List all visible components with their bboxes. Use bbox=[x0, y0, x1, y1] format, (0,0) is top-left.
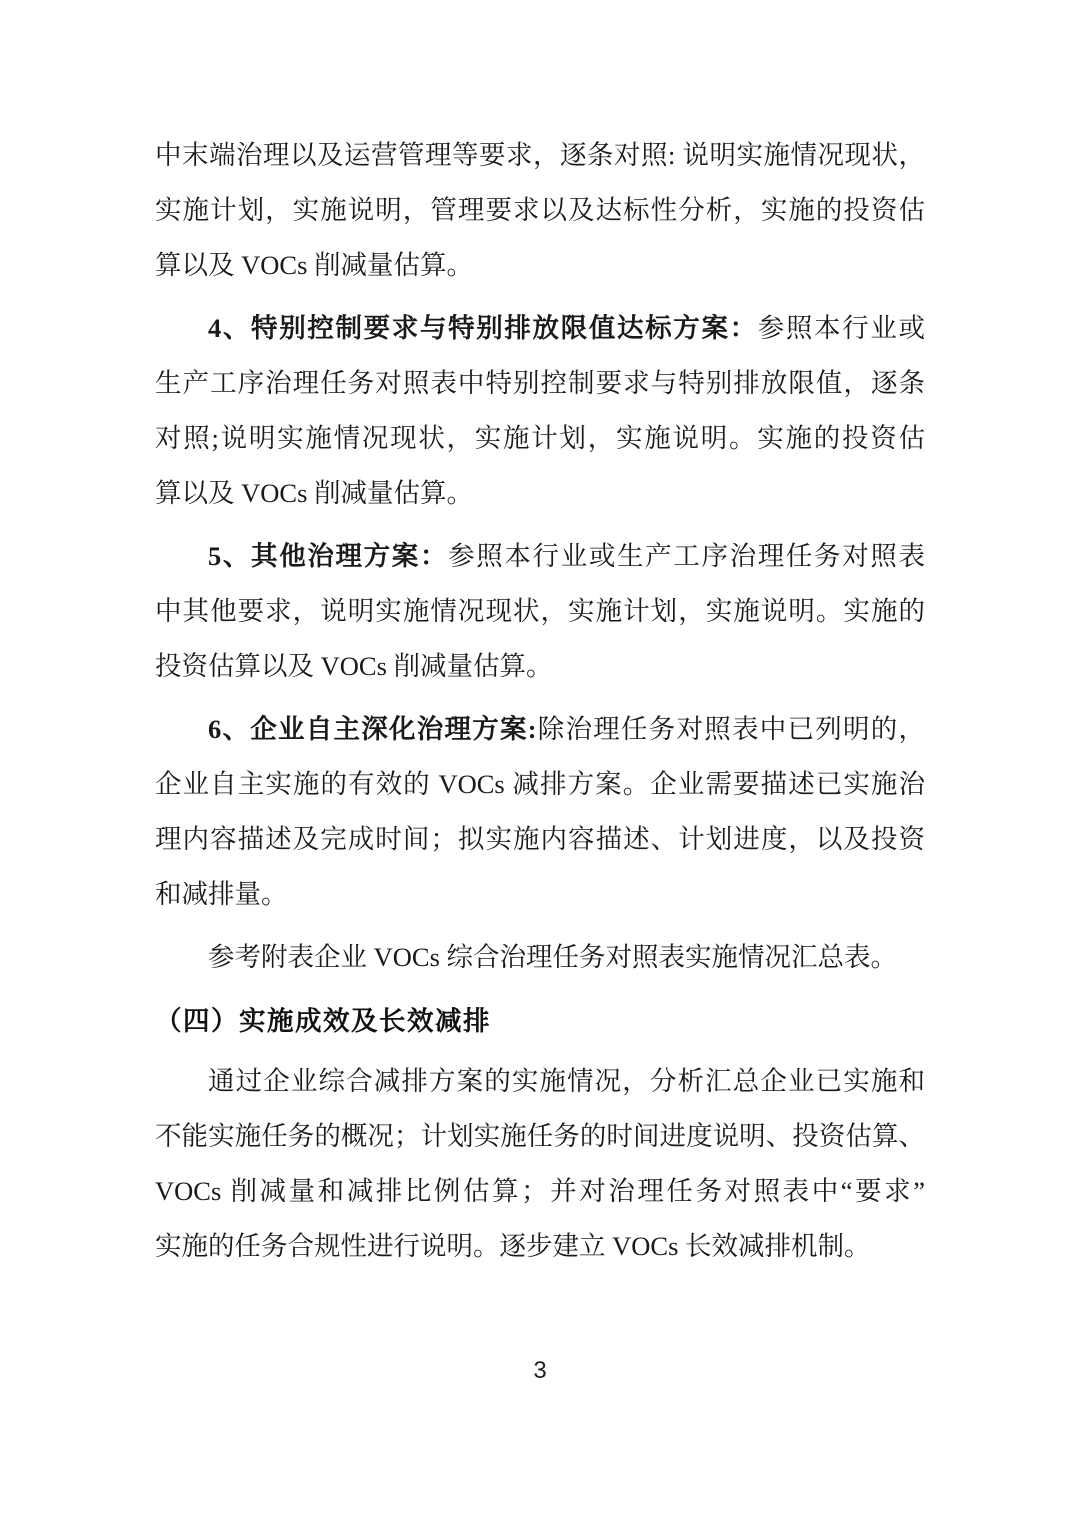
text-line: （四）实施成效及长效减排 bbox=[155, 994, 925, 1049]
text-line: 实施的任务合规性进行说明。逐步建立 VOCs 长效减排机制。 bbox=[155, 1219, 925, 1274]
text-run: 不能实施任务的概况；计划实施任务的时间进度说明、投资估算、 bbox=[155, 1121, 925, 1151]
bold-run: 5、其他治理方案： bbox=[208, 541, 448, 571]
paragraph: 6、企业自主深化治理方案:除治理任务对照表中已列明的，企业自主实施的有效的 VO… bbox=[155, 702, 925, 922]
text-run: 除治理任务对照表中已列明的， bbox=[537, 714, 925, 744]
text-line: VOCs 削减量和减排比例估算；并对治理任务对照表中“要求” bbox=[155, 1164, 925, 1219]
text-line: 通过企业综合减排方案的实施情况，分析汇总企业已实施和 bbox=[155, 1054, 925, 1109]
text-run: 中末端治理以及运营管理等要求，逐条对照: 说明实施情况现状， bbox=[155, 140, 925, 170]
text-run: 参照本行业或生产工序治理任务对照表 bbox=[448, 541, 925, 571]
text-line: 中末端治理以及运营管理等要求，逐条对照: 说明实施情况现状， bbox=[155, 128, 925, 183]
text-run: 参考附表企业 VOCs 综合治理任务对照表实施情况汇总表。 bbox=[208, 942, 897, 972]
text-line: 实施计划，实施说明，管理要求以及达标性分析，实施的投资估 bbox=[155, 183, 925, 238]
text-run: VOCs 削减量和减排比例估算；并对治理任务对照表中“要求” bbox=[155, 1176, 925, 1206]
paragraph: 5、其他治理方案：参照本行业或生产工序治理任务对照表中其他要求，说明实施情况现状… bbox=[155, 529, 925, 694]
text-run: 对照;说明实施情况现状，实施计划，实施说明。实施的投资估 bbox=[155, 423, 925, 453]
section-heading: （四）实施成效及长效减排 bbox=[155, 994, 925, 1049]
text-run: 理内容描述及完成时间；拟实施内容描述、计划进度，以及投资 bbox=[155, 824, 925, 854]
text-run: 企业自主实施的有效的 VOCs 减排方案。企业需要描述已实施治 bbox=[155, 769, 925, 799]
text-line: 和减排量。 bbox=[155, 867, 925, 922]
text-line: 参考附表企业 VOCs 综合治理任务对照表实施情况汇总表。 bbox=[155, 930, 925, 985]
text-line: 6、企业自主深化治理方案:除治理任务对照表中已列明的， bbox=[155, 702, 925, 757]
text-run: 算以及 VOCs 削减量估算。 bbox=[155, 478, 473, 508]
paragraph: 参考附表企业 VOCs 综合治理任务对照表实施情况汇总表。 bbox=[155, 930, 925, 985]
text-run: 参照本行业或 bbox=[758, 313, 925, 343]
document-page: 中末端治理以及运营管理等要求，逐条对照: 说明实施情况现状，实施计划，实施说明，… bbox=[0, 0, 1080, 1527]
text-line: 企业自主实施的有效的 VOCs 减排方案。企业需要描述已实施治 bbox=[155, 757, 925, 812]
paragraph: 通过企业综合减排方案的实施情况，分析汇总企业已实施和不能实施任务的概况；计划实施… bbox=[155, 1054, 925, 1274]
text-run: 生产工序治理任务对照表中特别控制要求与特别排放限值，逐条 bbox=[155, 368, 925, 398]
text-run: 中其他要求，说明实施情况现状，实施计划，实施说明。实施的 bbox=[155, 596, 925, 626]
page-number: 3 bbox=[0, 1356, 1080, 1386]
text-run: 和减排量。 bbox=[155, 879, 288, 909]
text-line: 投资估算以及 VOCs 削减量估算。 bbox=[155, 639, 925, 694]
bold-run: 6、企业自主深化治理方案: bbox=[208, 714, 537, 744]
text-run: 通过企业综合减排方案的实施情况，分析汇总企业已实施和 bbox=[208, 1066, 925, 1096]
text-line: 算以及 VOCs 削减量估算。 bbox=[155, 466, 925, 521]
text-line: 生产工序治理任务对照表中特别控制要求与特别排放限值，逐条 bbox=[155, 356, 925, 411]
text-run: 算以及 VOCs 削减量估算。 bbox=[155, 250, 473, 280]
text-line: 对照;说明实施情况现状，实施计划，实施说明。实施的投资估 bbox=[155, 411, 925, 466]
document-body: 中末端治理以及运营管理等要求，逐条对照: 说明实施情况现状，实施计划，实施说明，… bbox=[155, 128, 925, 1282]
text-line: 不能实施任务的概况；计划实施任务的时间进度说明、投资估算、 bbox=[155, 1109, 925, 1164]
text-run: 实施计划，实施说明，管理要求以及达标性分析，实施的投资估 bbox=[155, 195, 925, 225]
text-run: 投资估算以及 VOCs 削减量估算。 bbox=[155, 651, 553, 681]
text-run: 实施的任务合规性进行说明。逐步建立 VOCs 长效减排机制。 bbox=[155, 1231, 871, 1261]
bold-run: 4、特别控制要求与特别排放限值达标方案： bbox=[208, 313, 758, 343]
text-line: 算以及 VOCs 削减量估算。 bbox=[155, 238, 925, 293]
text-line: 理内容描述及完成时间；拟实施内容描述、计划进度，以及投资 bbox=[155, 812, 925, 867]
paragraph: 中末端治理以及运营管理等要求，逐条对照: 说明实施情况现状，实施计划，实施说明，… bbox=[155, 128, 925, 293]
bold-run: （四）实施成效及长效减排 bbox=[155, 1006, 491, 1036]
text-line: 4、特别控制要求与特别排放限值达标方案：参照本行业或 bbox=[155, 301, 925, 356]
text-line: 5、其他治理方案：参照本行业或生产工序治理任务对照表 bbox=[155, 529, 925, 584]
text-line: 中其他要求，说明实施情况现状，实施计划，实施说明。实施的 bbox=[155, 584, 925, 639]
paragraph: 4、特别控制要求与特别排放限值达标方案：参照本行业或生产工序治理任务对照表中特别… bbox=[155, 301, 925, 521]
